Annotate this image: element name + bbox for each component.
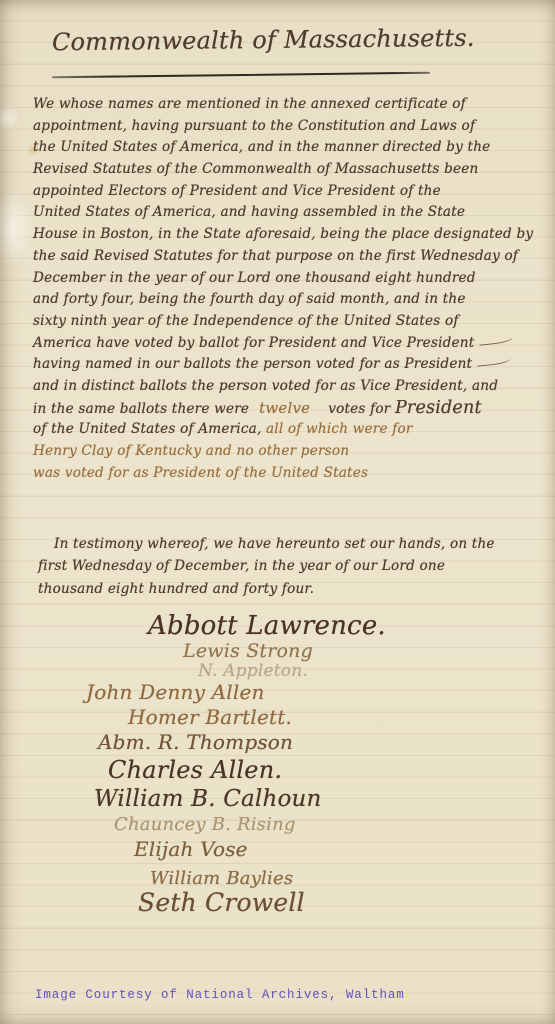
testimony-line: first Wednesday of December, in the year… — [38, 555, 518, 577]
testimony-paragraph: In testimony whereof, we have hereunto s… — [38, 533, 518, 600]
signature-john-denny-allen: John Denny Allen — [86, 682, 555, 704]
filled-in-vote-count: twelve — [259, 399, 310, 417]
signature-charles-allen: Charles Allen. — [108, 758, 555, 784]
body-line: appointed Electors of President and Vice… — [33, 181, 533, 203]
signature-william-baylies: William Baylies — [150, 869, 555, 888]
body-line: having named in our ballots the person v… — [33, 354, 533, 376]
body-line: House in Boston, in the State aforesaid,… — [33, 224, 533, 246]
body-line: the United States of America, and in the… — [33, 137, 533, 159]
document-title: Commonwealth of Massachusetts. — [52, 24, 472, 56]
signature-william-b-calhoun: William B. Calhoun — [94, 787, 555, 812]
body-line-candidate-name: Henry Clay of Kentucky and no other pers… — [33, 441, 533, 463]
document-body: We whose names are mentioned in the anne… — [33, 94, 533, 484]
body-line: and in distinct ballots the person voted… — [33, 376, 533, 398]
signature-seth-crowell: Seth Crowell — [138, 889, 555, 916]
body-line: in the same ballots there weretwelvevote… — [33, 398, 533, 420]
pen-flourish — [479, 334, 514, 346]
signature-n-appleton: N. Appleton. — [198, 662, 555, 680]
body-line: the said Revised Statutes for that purpo… — [33, 246, 533, 268]
body-line: was voted for as President of the United… — [33, 463, 533, 485]
testimony-line: thousand eight hundred and forty four. — [38, 578, 518, 600]
body-line: and forty four, being the fourth day of … — [33, 289, 533, 311]
testimony-line: In testimony whereof, we have hereunto s… — [38, 533, 518, 555]
document-page: Commonwealth of Massachusetts. We whose … — [0, 0, 555, 1024]
body-line: December in the year of our Lord one tho… — [33, 268, 533, 290]
signature-homer-bartlett: Homer Bartlett. — [128, 707, 555, 729]
title-underline — [52, 72, 430, 79]
body-line: America have voted by ballot for Preside… — [33, 333, 533, 355]
signature-block: Abbott Lawrence. Lewis Strong N. Appleto… — [0, 612, 555, 916]
pen-flourish — [477, 356, 512, 368]
body-line: Revised Statutes of the Commonwealth of … — [33, 159, 533, 181]
body-line: of the United States of America, all of … — [33, 419, 533, 441]
signature-chauncey-b-rising: Chauncey B. Rising — [114, 815, 555, 834]
body-line: appointment, having pursuant to the Cons… — [33, 116, 533, 138]
body-line: United States of America, and having ass… — [33, 202, 533, 224]
archive-caption: Image Courtesy of National Archives, Wal… — [35, 988, 405, 1002]
signature-abbott-lawrence: Abbott Lawrence. — [148, 612, 555, 640]
signature-abm-r-thompson: Abm. R. Thompson — [98, 732, 555, 754]
body-line: We whose names are mentioned in the anne… — [33, 94, 533, 116]
signature-lewis-strong: Lewis Strong — [183, 641, 555, 662]
signature-elijah-vose: Elijah Vose — [134, 839, 555, 861]
body-line: sixty ninth year of the Independence of … — [33, 311, 533, 333]
